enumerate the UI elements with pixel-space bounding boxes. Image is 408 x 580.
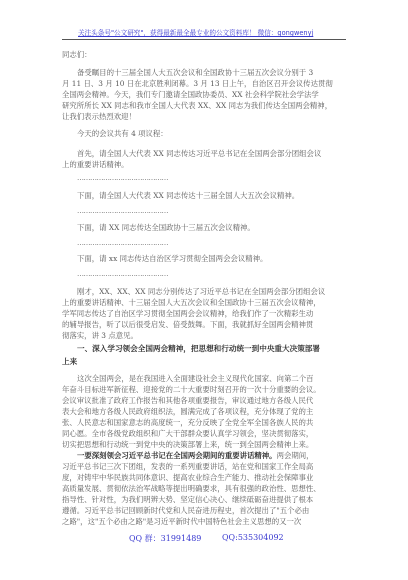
section1-paragraph: 这次全国两会，是在我国进入全面建设社会主义现代化国家、向第二个百 年奋斗目标进军…	[62, 373, 358, 450]
intro-paragraph: 备受瞩目的十三届全国人大五次会议和全国政协十三届五次会议分别于 3 月 11 日…	[62, 67, 358, 122]
text-line: 的辅导报告，听了以后很受启发、倍受鼓舞。下面，我就抓好全国两会精神贯	[62, 319, 358, 330]
text-line: 同心愿。全市各级党政组织和广大干部群众要认真学习领会，坚决贯彻落实，	[62, 428, 358, 439]
dotted-placeholder: ……………………………………	[77, 270, 168, 278]
qq-group-number: QQ 群：31991489	[129, 533, 201, 544]
text-line: 习近平总书记三次下团组，发表的一系列重要讲话，站在党和国家工作全局高	[62, 461, 358, 472]
text-line: 刚才，XX、XX、XX 同志分别传达了习近平总书记在全国两会部分团组会议	[62, 286, 358, 297]
promo-link[interactable]: 关注头条号"公文研究"，获得最新最全最专业的公文资料库！ 微信：gongweny…	[78, 29, 313, 38]
text-line: 年奋斗目标进军新征程、迎接党的二十大重要时刻召开的一次十分重要的会议。	[62, 384, 358, 395]
subsection1-paragraph: 一要深刻领会习近平总书记在全国两会期间的重要讲话精神。两会期间， 习近平总书记三…	[62, 450, 358, 527]
text-line: 指导性、针对性，为我们明辨大势、坚定信心决心、继续砥砺奋进提供了根本	[62, 494, 358, 505]
text-line: 之路"，这"五个必由之路"是习近平新时代中国特色社会主义思想的又一次	[62, 516, 358, 527]
dotted-placeholder: ……………………………………	[77, 207, 168, 215]
agenda-item-2: 下面，请全国人大代表 XX 同志传达十三届全国人大五次会议精神。	[62, 190, 373, 201]
section-heading-1: 一、深入学习领会全国两会精神，把思想和行动统一到中央重大决策部署 上来	[62, 342, 358, 368]
text-line: 表大会和地方各级人民政府组织法，圆满完成了各项议程，充分体现了党的主	[62, 406, 358, 417]
subsection-heading: 一要深刻领会习近平总书记在全国两会期间的重要讲话精神。	[77, 451, 277, 460]
text-line: 遵循。习近平总书记回顾新时代党和人民奋进历程史，首次提出了"五个必由	[62, 505, 358, 516]
agenda-intro: 今天的会议共有 4 项议程：	[62, 128, 373, 139]
text-line: 度，对铸牢中华民族共同体意识、提高农业综合生产能力、推动社会保障事业	[62, 472, 358, 483]
agenda-item-4: 下面，请 xx 同志传达自治区学习贯彻全国两会会议精神。	[62, 253, 373, 264]
document-page: 关注头条号"公文研究"，获得最新最全最专业的公文资料库！ 微信：gongweny…	[0, 0, 408, 580]
greeting: 同志们：	[62, 49, 358, 60]
agenda-item-3: 下面，请 XX 同志传达全国政协十三届五次会议精神。	[62, 222, 373, 233]
heading-line: 上来	[62, 355, 358, 368]
text-line: 彻落实，讲 3 点意见。	[62, 330, 358, 341]
text-line: 会议审议批准了政府工作报告和其他各项重要报告，审议通过地方各级人民代	[62, 395, 358, 406]
text-line: 学军同志传达了自治区学习贯彻全国两会会议精神，给我们作了一次精彩生动	[62, 308, 358, 319]
heading-line: 一、深入学习领会全国两会精神，把思想和行动统一到中央重大决策部署	[62, 342, 358, 355]
text-line: 上的重要讲话精神、十三届全国人大五次会议和全国政协十三届五次会议精神，	[62, 297, 358, 308]
text-line: 月 11 日、3 月 10 日在北京胜利闭幕。3 月 13 日上午，自治区召开会…	[62, 78, 358, 89]
text-line: 一要深刻领会习近平总书记在全国两会期间的重要讲话精神。两会期间，	[62, 450, 358, 461]
qq-number: QQ:535304092	[222, 533, 284, 542]
text-line: 让我们表示热烈欢迎！	[62, 111, 358, 122]
text-line: 研究所所长 XX 同志和我市全国人大代表 XX、XX 同志为我们传达全国两会精神…	[62, 100, 358, 111]
dotted-placeholder: ……………………………………	[77, 174, 168, 182]
text-line: 张、人民意志和国家意志的高度统一，充分反映了全党全军全国各族人民的共	[62, 417, 358, 428]
summary-paragraph: 刚才，XX、XX、XX 同志分别传达了习近平总书记在全国两会部分团组会议 上的重…	[62, 286, 358, 341]
text-line: 这次全国两会，是在我国进入全面建设社会主义现代化国家、向第二个百	[62, 373, 358, 384]
text-line: 高质量发展、贯彻依法治军战略等提出明确要求，具有很强的政治性、思想性、	[62, 483, 358, 494]
text-line: 上的重要讲话精神。	[62, 159, 358, 170]
text-span: 两会期间，	[277, 451, 314, 460]
dotted-placeholder: ……………………………………	[77, 239, 168, 247]
text-line: 全国两会精神。今天，我们专门邀请全国政协委员、XX 社会科学院社会学法学	[62, 89, 358, 100]
agenda-item-1: 首先，请全国人大代表 XX 同志传达习近平总书记在全国两会部分团组会议 上的重要…	[62, 148, 358, 170]
text-line: 备受瞩目的十三届全国人大五次会议和全国政协十三届五次会议分别于 3	[62, 67, 358, 78]
text-line: 切实把思想和行动统一到党中央的决策部署上来，统一到全国两会精神上来。	[62, 439, 358, 450]
text-line: 首先，请全国人大代表 XX 同志传达习近平总书记在全国两会部分团组会议	[62, 148, 358, 159]
